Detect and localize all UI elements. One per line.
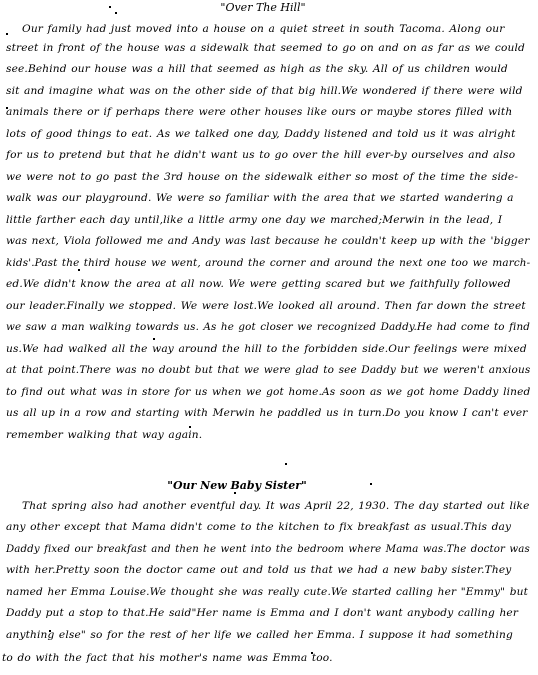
text-line: lots of good things to eat. As we talked… [6,127,516,141]
text-line: we were not to go past the 3rd house on … [6,170,518,184]
scan-speck [285,463,287,465]
text-line: we saw a man walking towards us. As he g… [6,320,530,334]
text-line: to find out what was in store for us whe… [6,385,530,399]
text-line: Daddy put a stop to that.He said"Her nam… [6,606,518,620]
text-line: animals there or if perhaps there were o… [6,105,512,119]
scan-speck [6,107,8,109]
text-line: to do with the fact that his mother's na… [2,651,333,665]
scan-speck [153,338,155,340]
text-line: see.Behind our house was a hill that see… [6,62,508,76]
scan-speck [115,12,117,14]
text-line: any other except that Mama didn't come t… [6,520,511,534]
story-title-over-the-hill: "Over The Hill" [0,1,532,15]
text-line: anything else" so for the rest of her li… [6,628,513,642]
text-line: sit and imagine what was on the other si… [6,84,523,98]
text-line: walk was our playground. We were so fami… [6,191,514,205]
text-line: street in front of the house was a sidew… [6,41,525,55]
scan-speck [189,426,191,428]
scan-speck [6,33,8,35]
scan-speck [370,483,372,485]
text-line: us.We had walked all the way around the … [6,342,527,356]
text-line: kids'.Past the third house we went, arou… [6,256,530,270]
text-line: Daddy fixed our breakfast and then he we… [6,542,530,556]
document-page: "Over The Hill" Our family had just move… [0,0,538,675]
text-line: ed.We didn't know the area at all now. W… [6,277,511,291]
text-line: Our family had just moved into a house o… [22,22,504,36]
scan-speck [49,630,51,632]
text-line: little farther each day until,like a lit… [6,213,502,227]
text-line: was next, Viola followed me and Andy was… [6,234,529,248]
scan-speck [109,6,111,8]
story-title-our-new-baby-sister: "Our New Baby Sister" [0,479,506,493]
scan-speck [311,652,313,654]
text-line: with her.Pretty soon the doctor came out… [6,563,511,577]
scan-speck [78,269,80,271]
text-line: our leader.Finally we stopped. We were l… [6,299,526,313]
text-line: named her Emma Louise.We thought she was… [6,585,528,599]
scan-speck [234,492,236,494]
text-line: for us to pretend but that he didn't wan… [6,148,515,162]
text-line: at that point.There was no doubt but tha… [6,363,530,377]
text-line: us all up in a row and starting with Mer… [6,406,527,420]
text-line: That spring also had another eventful da… [22,499,530,513]
text-line: remember walking that way again. [6,428,202,442]
